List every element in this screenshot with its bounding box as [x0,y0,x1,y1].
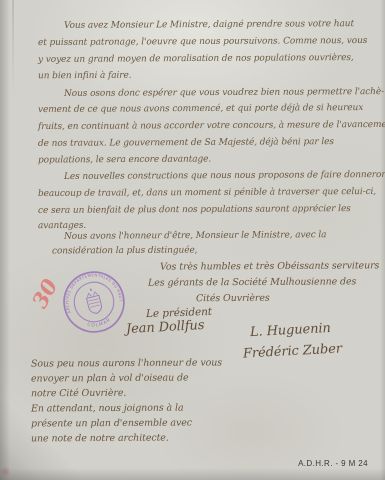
paper-edge-shadow [0,468,385,480]
letter-line: fruits, en continuant à nous accorder vo… [38,120,385,132]
letter-line: et puissant patronage, l'oeuvre que nous… [38,36,367,48]
closing-line: Les gérants de la Société Mulhousienne d… [148,276,356,288]
paper-crease [12,0,14,95]
paper-edge-shadow [380,0,385,480]
letter-line: Nous avons l'honneur d'être, Monsieur le… [64,230,327,242]
archive-reference: A.D.H.R. - 9 M 24 [298,459,368,468]
letter-line: Vous avez Monsieur Le Ministre, daigné p… [64,19,354,31]
letter-line: considération la plus distinguée, [52,246,197,257]
archive-stamp: ARCHIVES DÉPARTEMENTALES DU HAUT-RHIN CO… [55,263,133,341]
postscript-line: Sous peu nous aurons l'honneur de vous [31,357,222,369]
stamp-crest-icon [84,286,103,314]
letter-line: ce sera un bienfait de plus dont nos pop… [38,204,351,216]
letter-page: Vous avez Monsieur Le Ministre, daigné p… [0,0,385,480]
closing-line: Vos très humbles et très Obéissants serv… [160,260,379,272]
letter-line: avantages. [38,221,86,231]
closing-line: Cités Ouvrières [196,293,270,304]
letter-line: de nos travaux. Le gouvernement de Sa Ma… [38,137,334,149]
letter-line: un bien infini à faire. [38,71,132,82]
stamp-ring-text: ARCHIVES DÉPARTEMENTALES DU HAUT-RHIN [55,263,124,317]
signature-jean-dollfus: Jean Dollfus [126,318,205,337]
letter-line: populations, le sera encore davantage. [38,154,211,165]
letter-line: Nous osons donc espérer que vous voudrez… [64,87,384,99]
svg-text:COLMAR: COLMAR [85,316,113,331]
postscript-line: notre Cité Ouvrière. [31,388,126,400]
svg-text:ARCHIVES DÉPARTEMENTALES DU HA: ARCHIVES DÉPARTEMENTALES DU HAUT-RHIN [55,263,124,317]
letter-line: beaucoup de travail, et, dans un moment … [38,187,376,199]
letter-line: Les nouvelles constructions que nous nou… [64,170,385,182]
paper-edge-shadow [0,0,10,480]
letter-line: vement de ce que nous avons commencé, et… [38,103,363,115]
stamp-bottom-text: COLMAR [85,316,113,331]
letter-line: y voyez un grand moyen de moralisation d… [38,53,354,65]
signature-frederic-zuber: Frédéric Zuber [243,341,343,361]
postscript-line: envoyer un plan à vol d'oiseau de [31,373,189,385]
signature-huguenin: L. Huguenin [250,321,331,340]
